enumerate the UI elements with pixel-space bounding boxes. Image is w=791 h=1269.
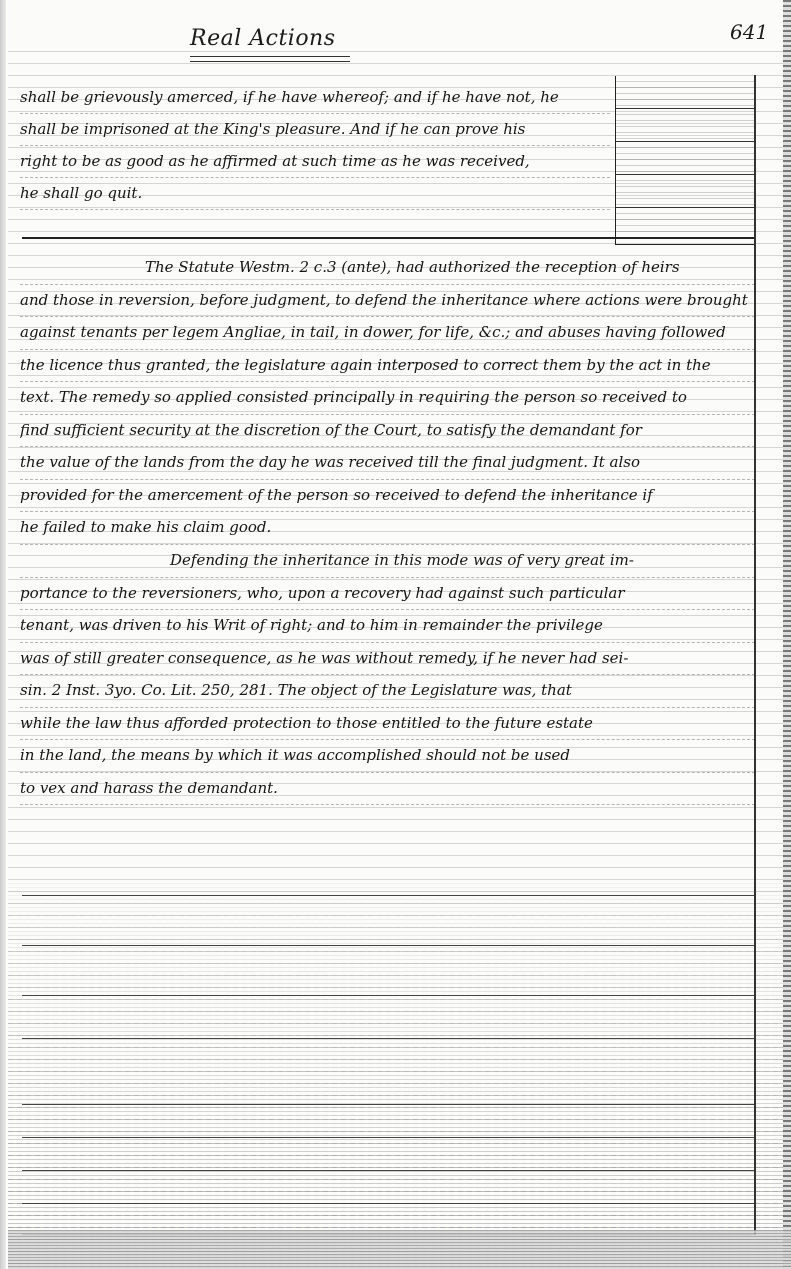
text-line: he shall go quit. [20, 178, 610, 210]
scan-bottom-band [8, 1230, 791, 1269]
text-line: The Statute Westm. 2 c.3 (ante), had aut… [20, 252, 755, 285]
right-margin-box [615, 76, 755, 245]
text-line: he failed to make his claim good. [20, 512, 755, 545]
commentary-paragraph-2: Defending the inheritance in this mode w… [20, 545, 755, 805]
statute-continuation: shall be grievously amerced, if he have … [20, 82, 610, 210]
scan-left-edge [0, 0, 6, 1269]
ledger-rule [22, 1038, 754, 1039]
text-line: Defending the inheritance in this mode w… [20, 545, 755, 578]
page-title: Real Actions [190, 26, 336, 51]
ledger-rule [22, 1170, 754, 1171]
ledger-rule [22, 945, 754, 946]
margin-cell [616, 76, 755, 109]
ledger-rule [22, 995, 754, 996]
text-line: was of still greater consequence, as he … [20, 643, 755, 676]
text-line: sin. 2 Inst. 3yo. Co. Lit. 250, 281. The… [20, 675, 755, 708]
margin-cell [616, 175, 755, 208]
text-line: shall be imprisoned at the King's pleasu… [20, 114, 610, 146]
page-number: 641 [730, 20, 768, 44]
margin-cell [616, 142, 755, 175]
commentary-paragraph-1: The Statute Westm. 2 c.3 (ante), had aut… [20, 252, 755, 545]
text-line: against tenants per legem Angliae, in ta… [20, 317, 755, 350]
text-line: shall be grievously amerced, if he have … [20, 82, 610, 114]
text-line: while the law thus afforded protection t… [20, 708, 755, 741]
margin-cell [616, 109, 755, 142]
text-line: find sufficient security at the discreti… [20, 415, 755, 448]
text-line: the licence thus granted, the legislatur… [20, 350, 755, 383]
text-line: to vex and harass the demandant. [20, 773, 755, 806]
text-line: in the land, the means by which it was a… [20, 740, 755, 773]
text-line: text. The remedy so applied consisted pr… [20, 382, 755, 415]
scan-right-edge [783, 0, 791, 1269]
text-line: tenant, was driven to his Writ of right;… [20, 610, 755, 643]
text-line: and those in reversion, before judgment,… [20, 285, 755, 318]
text-line: portance to the reversioners, who, upon … [20, 578, 755, 611]
ledger-rule [22, 1203, 754, 1204]
manuscript-page: 641 Real Actions shall be grievously ame… [0, 0, 791, 1269]
section-divider [22, 237, 754, 239]
text-line: provided for the amercement of the perso… [20, 480, 755, 513]
scan-noise [8, 880, 785, 1269]
ledger-rule [22, 1104, 754, 1105]
text-line: the value of the lands from the day he w… [20, 447, 755, 480]
ledger-rule [22, 895, 754, 896]
title-underline [190, 56, 350, 62]
text-line: right to be as good as he affirmed at su… [20, 146, 610, 178]
ledger-rule [22, 1137, 754, 1138]
